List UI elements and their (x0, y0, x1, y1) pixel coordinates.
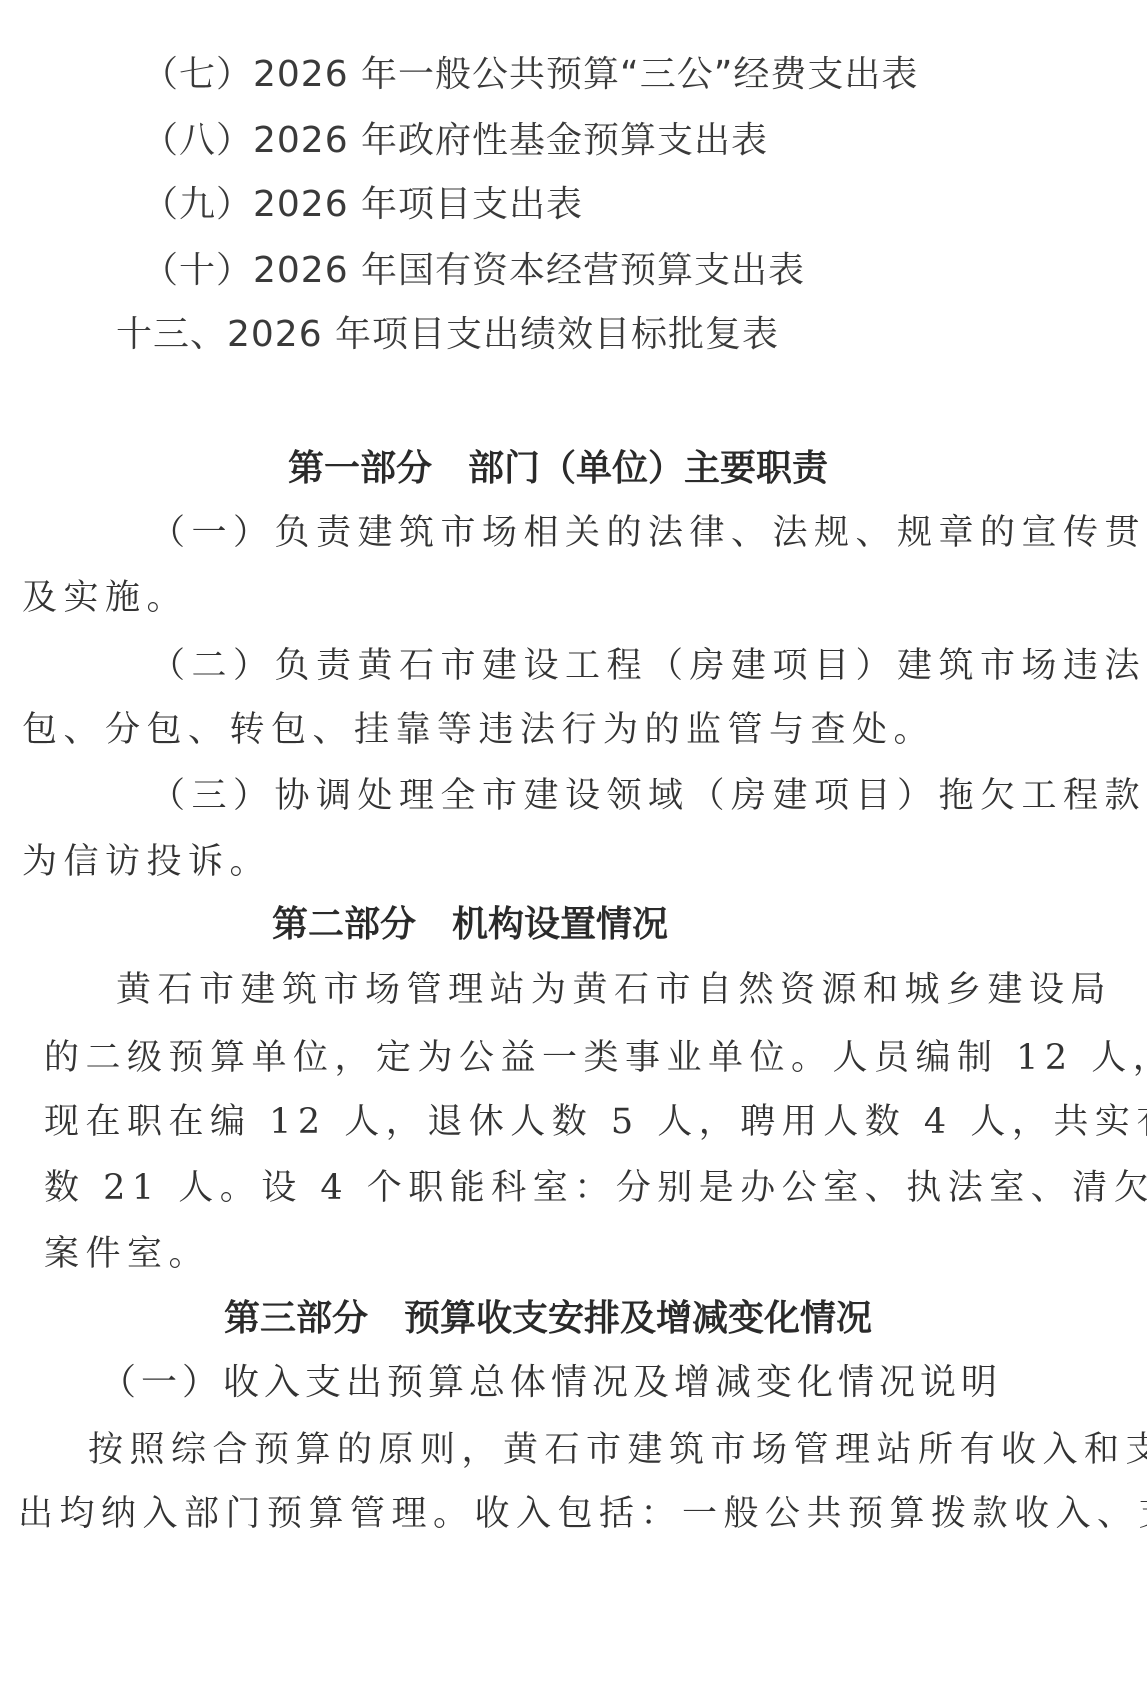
part1-line-3: （二）负责黄石市建设工程（房建项目）建筑市场违法发 (150, 638, 1147, 688)
part2-line-4: 数 21 人。设 4 个职能科室：分别是办公室、执法室、清欠室、 (44, 1160, 1147, 1210)
part1-line-2: 及实施。 (22, 570, 188, 620)
part1-line-5: （三）协调处理全市建设领域（房建项目）拖欠工程款行 (150, 768, 1147, 818)
part3-heading: 第三部分 预算收支安排及增减变化情况 (224, 1290, 872, 1341)
document-page: （七）2026 年一般公共预算“三公”经费支出表 （八）2026 年政府性基金预… (0, 0, 1147, 1687)
toc-item-8: （八）2026 年政府性基金预算支出表 (142, 112, 768, 163)
toc-item-13: 十三、2026 年项目支出绩效目标批复表 (116, 306, 779, 357)
part2-line-3: 现在职在编 12 人，退休人数 5 人，聘用人数 4 人，共实有人 (44, 1094, 1147, 1144)
part2-line-5: 案件室。 (44, 1226, 210, 1276)
part3-line-1: 按照综合预算的原则，黄石市建筑市场管理站所有收入和支 (88, 1422, 1147, 1472)
toc-item-10: （十）2026 年国有资本经营预算支出表 (142, 242, 805, 293)
part2-line-2: 的二级预算单位，定为公益一类事业单位。人员编制 12 人， (44, 1030, 1147, 1080)
part1-heading: 第一部分 部门（单位）主要职责 (288, 440, 828, 491)
part1-line-6: 为信访投诉。 (22, 834, 271, 884)
part2-line-1: 黄石市建筑市场管理站为黄石市自然资源和城乡建设局 (116, 962, 1112, 1012)
part3-subheading: （一）收入支出预算总体情况及增减变化情况说明 (100, 1354, 1002, 1405)
toc-item-7: （七）2026 年一般公共预算“三公”经费支出表 (142, 46, 918, 97)
part3-line-2: 出均纳入部门预算管理。收入包括：一般公共预算拨款收入、支 (18, 1486, 1147, 1536)
part2-heading: 第二部分 机构设置情况 (272, 896, 668, 947)
part1-line-1: （一）负责建筑市场相关的法律、法规、规章的宣传贯彻 (150, 505, 1147, 555)
part1-line-4: 包、分包、转包、挂靠等违法行为的监管与查处。 (22, 702, 935, 752)
toc-item-9: （九）2026 年项目支出表 (142, 176, 583, 227)
